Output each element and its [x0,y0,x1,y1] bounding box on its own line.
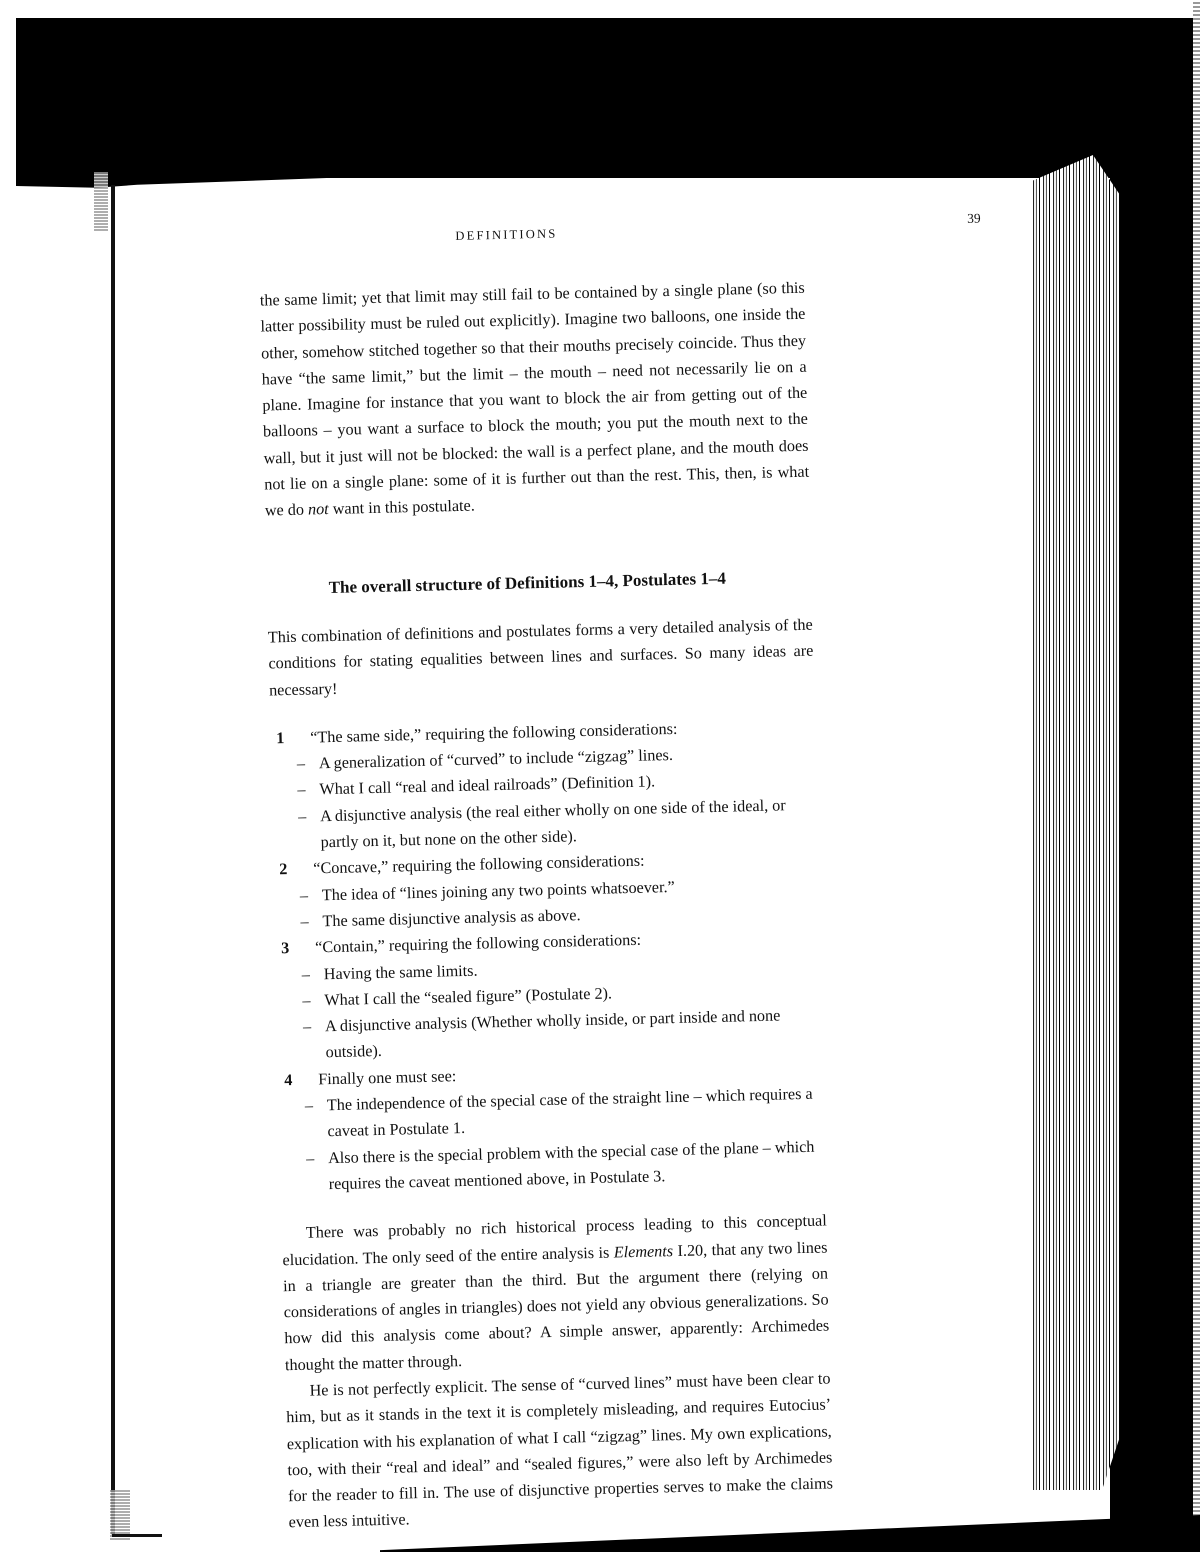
emphasis: not [308,500,329,518]
dash-bullet: – [301,961,310,987]
opening-paragraph: the same limit; yet that limit may still… [260,275,810,524]
running-head: DEFINITIONS [455,227,557,244]
dash-bullet: – [298,803,307,829]
dash-bullet: – [306,1145,315,1171]
list-number: 3 [281,935,302,962]
book-gutter-line [111,185,115,1535]
dash-bullet: – [305,1093,314,1119]
dash-bullet: – [300,909,309,935]
gutter-shadow-bottom [110,1490,130,1540]
dash-bullet: – [302,987,311,1013]
paragraph-historical: There was probably no rich historical pr… [282,1208,831,1379]
dash-bullet: – [297,751,306,777]
dash-bullet: – [303,1014,312,1040]
paragraph-explicitness: He is not perfectly explicit. The sense … [285,1365,834,1536]
book-fore-edge-pages [1030,155,1120,1490]
list-number: 4 [284,1066,305,1093]
page-bottom-rule [112,1534,162,1537]
gutter-shadow-top [94,172,108,232]
list-number: 2 [279,856,300,883]
section-intro-paragraph: This combination of definitions and post… [268,612,815,704]
book-page: DEFINITIONS 39 the same limit; yet that … [240,202,1020,220]
list-number: 1 [276,725,297,752]
page-number: 39 [967,211,981,227]
section-heading: The overall structure of Definitions 1–4… [328,563,811,601]
numbered-list: 1 “The same side,” requiring the followi… [270,712,826,1198]
emphasis: Elements [614,1242,674,1261]
scan-border-stripe [1193,0,1200,1552]
scan-dark-background-right [1110,18,1200,1552]
dash-bullet: – [300,882,309,908]
page-body: the same limit; yet that limit may still… [260,275,834,1536]
dash-bullet: – [297,777,306,803]
